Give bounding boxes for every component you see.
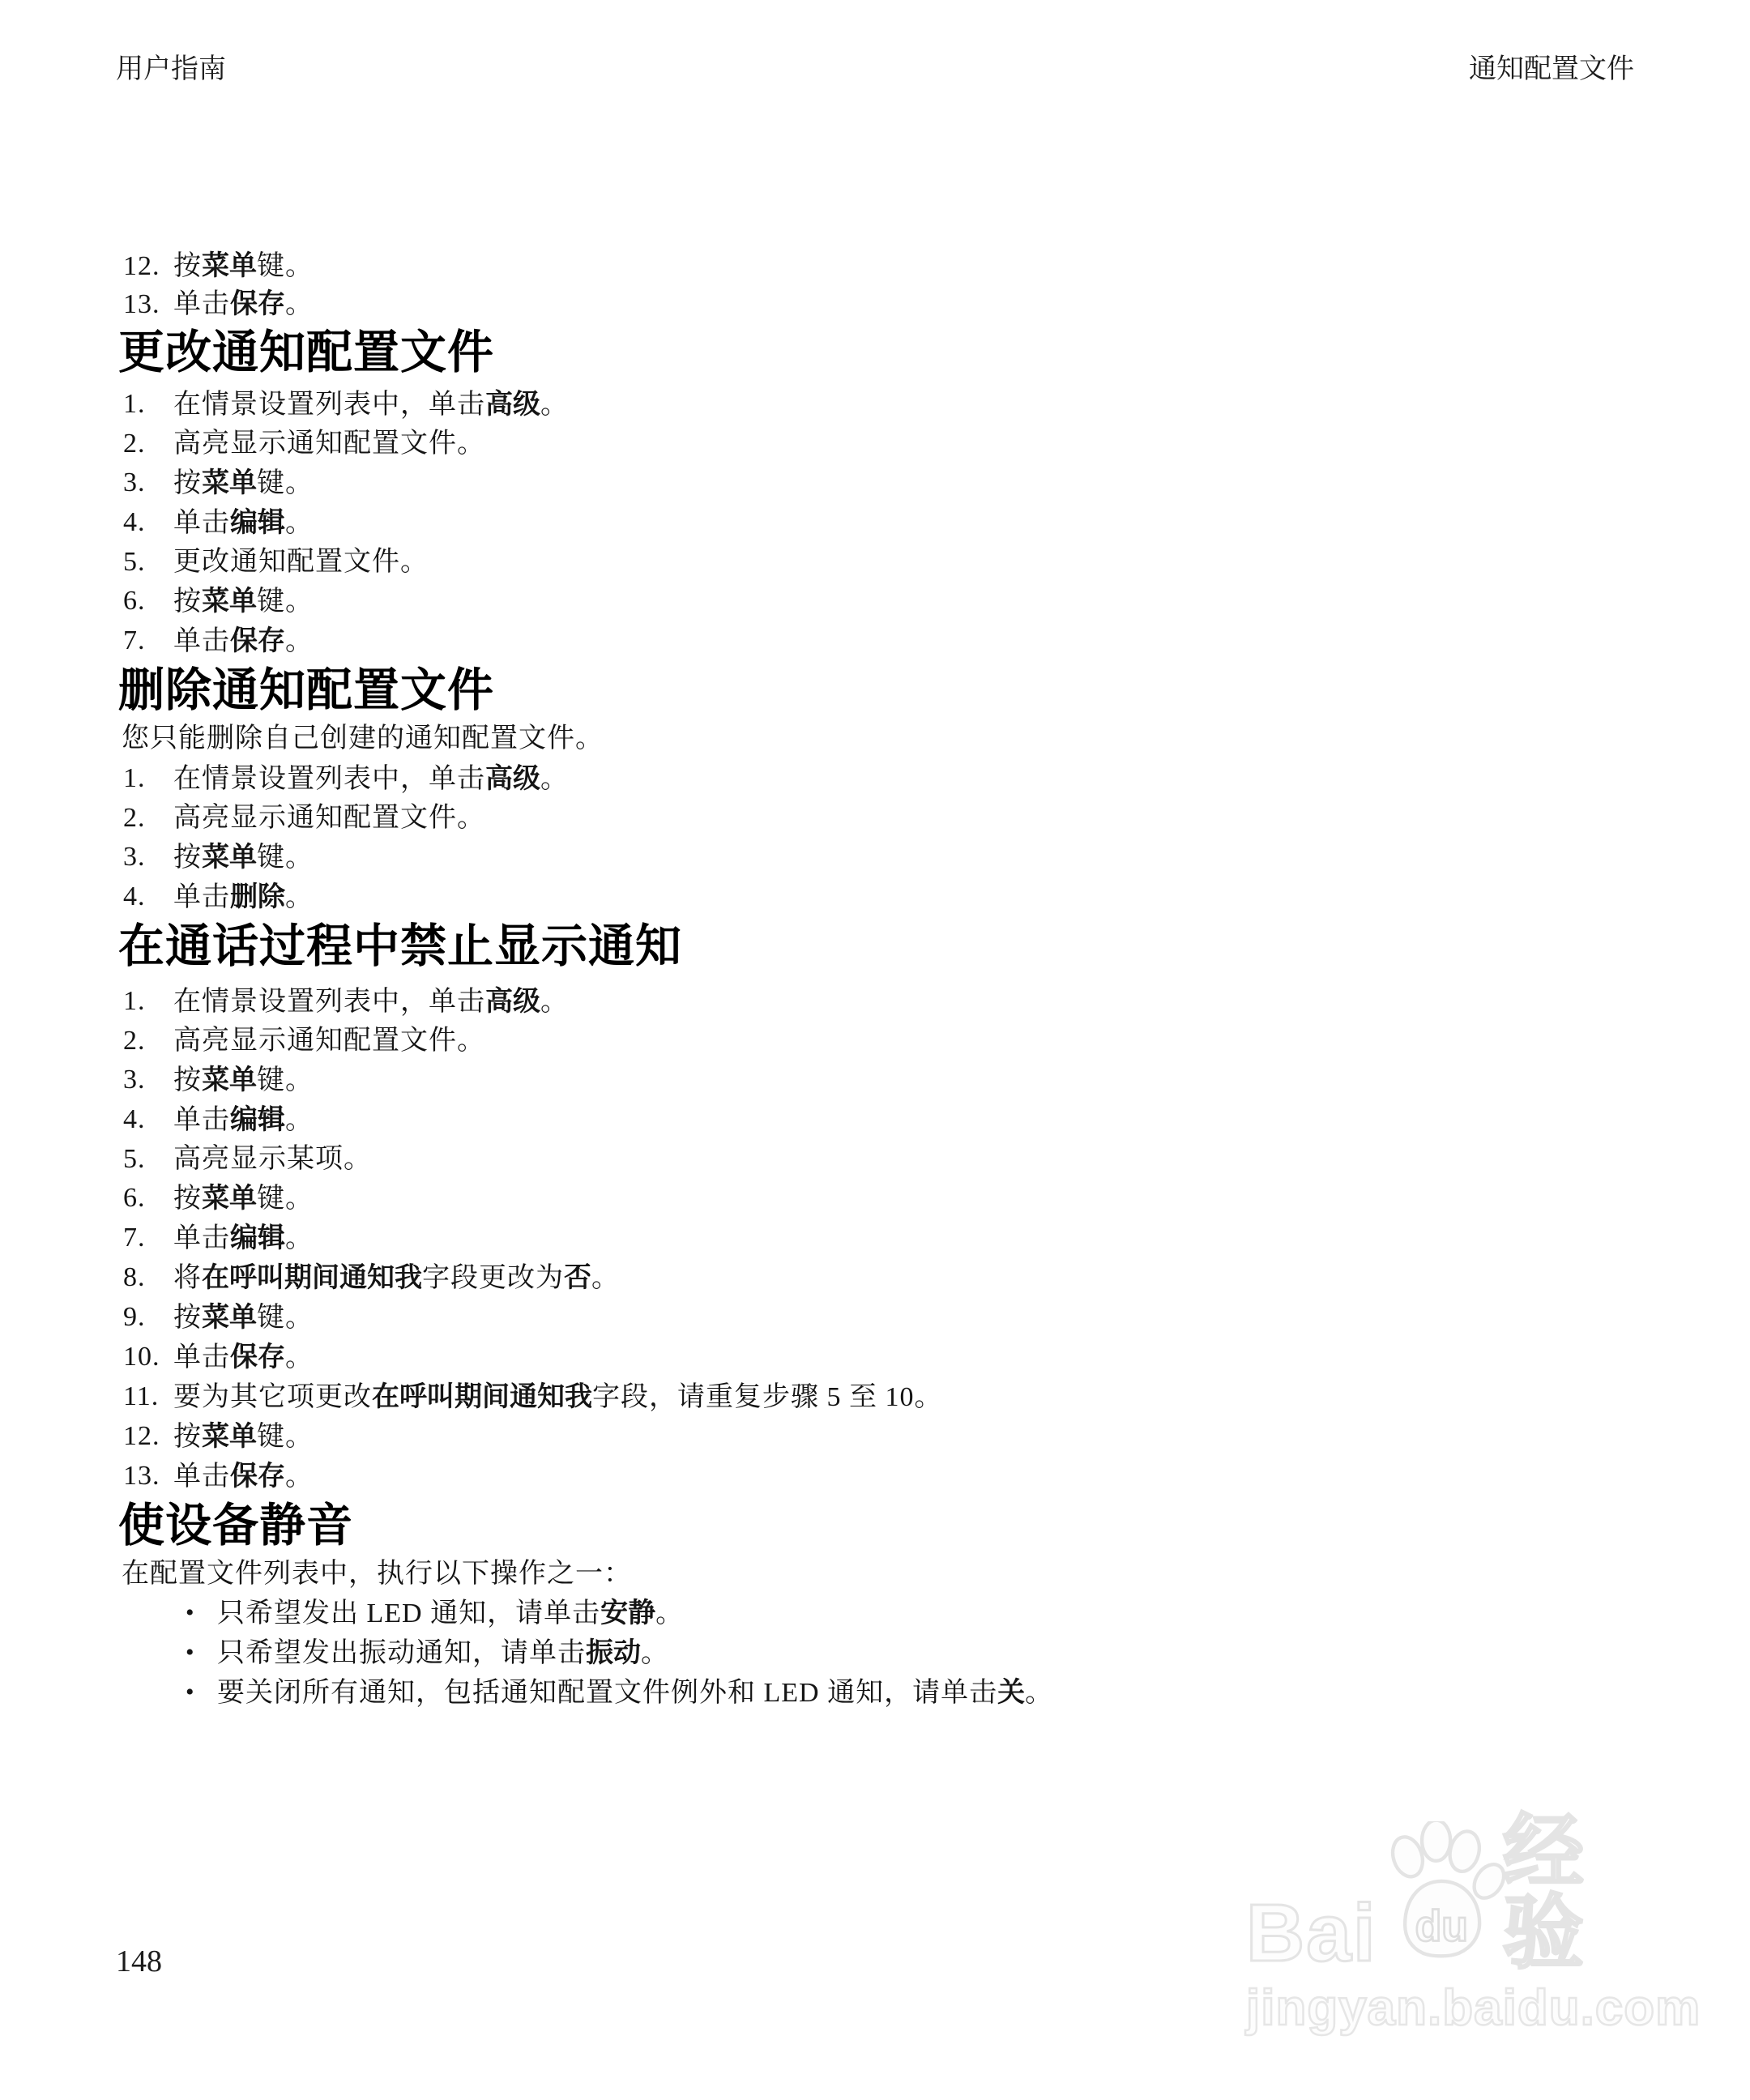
plain-text: 键。 (257, 843, 314, 873)
list-item: 2.高亮显示通知配置文件。 (116, 1022, 1639, 1061)
step-text: 按菜单键。 (173, 1417, 1639, 1457)
step-list-change-profile: 1.在情景设置列表中，单击高级。2.高亮显示通知配置文件。3.按菜单键。4.单击… (116, 385, 1639, 661)
step-number: 6. (116, 1179, 173, 1219)
step-number: 11. (116, 1377, 173, 1417)
heading-change-notification-profile: 更改通知配置文件 (118, 323, 1639, 382)
emphasis-text: 在呼叫期间通知我 (372, 1381, 592, 1412)
plain-text: 单击 (173, 508, 230, 538)
step-number: 4. (116, 503, 173, 543)
emphasis-text: 高级 (485, 986, 540, 1017)
step-text: 单击编辑。 (173, 1100, 1639, 1140)
bullet-list-silence-device: •只希望发出 LED 通知，请单击安静。•只希望发出振动通知，请单击振动。•要关… (116, 1594, 1639, 1713)
step-text: 单击保存。 (173, 1338, 1639, 1377)
emphasis-text: 保存 (230, 1342, 285, 1372)
step-number: 5. (116, 1140, 173, 1179)
emphasis-text: 编辑 (230, 1104, 285, 1135)
plain-text: 要关闭所有通知，包括通知配置文件例外和 LED 通知，请单击 (217, 1678, 997, 1708)
list-item: 9.按菜单键。 (116, 1298, 1639, 1338)
step-text: 高亮显示通知配置文件。 (173, 425, 1639, 463)
step-number: 4. (116, 877, 173, 917)
step-text: 按菜单键。 (173, 1061, 1639, 1100)
emphasis-text: 菜单 (202, 842, 257, 873)
plain-text: 键。 (257, 1065, 314, 1095)
step-number: 3. (116, 838, 173, 877)
plain-text: 键。 (257, 587, 314, 617)
watermark-bai-text: Bai (1246, 1893, 1377, 1974)
step-number: 13. (116, 285, 173, 323)
watermark-url: jingyan.baidu.com (1246, 1983, 1667, 2034)
plain-text: 在情景设置列表中，单击 (173, 764, 485, 794)
list-item: 1.在情景设置列表中，单击高级。 (116, 982, 1639, 1022)
continued-step-list: 12.按菜单键。13.单击保存。 (116, 247, 1639, 323)
list-item: 11.要为其它项更改在呼叫期间通知我字段，请重复步骤 5 至 10。 (116, 1377, 1639, 1417)
plain-text: 。 (540, 764, 569, 794)
plain-text: 高亮显示通知配置文件。 (173, 429, 485, 459)
watermark-du-text: du (1415, 1903, 1467, 1951)
list-item: 2.高亮显示通知配置文件。 (116, 799, 1639, 838)
document-page: 用户指南 通知配置文件 12.按菜单键。13.单击保存。 更改通知配置文件 1.… (0, 0, 1750, 2100)
plain-text: 键。 (257, 251, 314, 281)
step-text: 只希望发出 LED 通知，请单击安静。 (217, 1594, 1639, 1633)
list-item: 3.按菜单键。 (116, 838, 1639, 877)
list-item: •只希望发出振动通知，请单击振动。 (116, 1633, 1639, 1673)
step-text: 按菜单键。 (173, 463, 1639, 503)
step-text: 高亮显示通知配置文件。 (173, 799, 1639, 838)
step-text: 要为其它项更改在呼叫期间通知我字段，请重复步骤 5 至 10。 (173, 1377, 1639, 1417)
step-number: 9. (116, 1298, 173, 1338)
step-number: 7. (116, 621, 173, 661)
plain-text: 字段，请重复步骤 5 至 10。 (592, 1382, 943, 1412)
step-text: 在情景设置列表中，单击高级。 (173, 385, 1639, 425)
plain-text: 。 (285, 1223, 314, 1253)
step-text: 只希望发出振动通知，请单击振动。 (217, 1633, 1639, 1673)
emphasis-text: 菜单 (202, 250, 257, 281)
emphasis-text: 菜单 (202, 1302, 257, 1333)
step-text: 按菜单键。 (173, 582, 1639, 621)
bullet-marker: • (116, 1633, 217, 1673)
step-number: 6. (116, 582, 173, 621)
emphasis-text: 高级 (485, 389, 540, 420)
emphasis-text: 安静 (600, 1598, 655, 1628)
plain-text: 按 (173, 251, 202, 281)
list-item: •只希望发出 LED 通知，请单击安静。 (116, 1594, 1639, 1633)
step-number: 7. (116, 1219, 173, 1258)
plain-text: 按 (173, 1303, 202, 1333)
step-number: 1. (116, 982, 173, 1022)
plain-text: 。 (540, 390, 569, 420)
plain-text: 键。 (257, 1184, 314, 1214)
step-number: 12. (116, 247, 173, 285)
plain-text: 只希望发出振动通知，请单击 (217, 1638, 586, 1668)
step-number: 1. (116, 385, 173, 425)
step-number: 8. (116, 1258, 173, 1298)
list-item: 10.单击保存。 (116, 1338, 1639, 1377)
list-item: 3.按菜单键。 (116, 1061, 1639, 1100)
step-number: 2. (116, 425, 173, 463)
step-text: 在情景设置列表中，单击高级。 (173, 982, 1639, 1022)
step-text: 将在呼叫期间通知我字段更改为否。 (173, 1258, 1639, 1298)
list-item: 1.在情景设置列表中，单击高级。 (116, 759, 1639, 799)
plain-text: 单击 (173, 882, 230, 912)
list-item: 3.按菜单键。 (116, 463, 1639, 503)
step-number: 2. (116, 1022, 173, 1061)
emphasis-text: 保存 (230, 1461, 285, 1492)
step-text: 单击编辑。 (173, 1219, 1639, 1258)
step-number: 2. (116, 799, 173, 838)
baidu-jingyan-watermark: Bai du 经验 jingyan.baidu.com (1246, 1839, 1667, 2034)
list-item: 5.高亮显示某项。 (116, 1140, 1639, 1179)
step-number: 1. (116, 759, 173, 799)
step-text: 单击编辑。 (173, 503, 1639, 543)
list-item: 12.按菜单键。 (116, 1417, 1639, 1457)
list-item: 2.高亮显示通知配置文件。 (116, 425, 1639, 463)
plain-text: 单击 (173, 1462, 230, 1492)
list-item: 12.按菜单键。 (116, 247, 1639, 285)
plain-text: 要为其它项更改 (173, 1382, 372, 1412)
emphasis-text: 菜单 (202, 1421, 257, 1452)
plain-text: 。 (285, 626, 314, 656)
step-text: 高亮显示通知配置文件。 (173, 1022, 1639, 1061)
plain-text: 单击 (173, 626, 230, 656)
step-list-suppress-notifications: 1.在情景设置列表中，单击高级。2.高亮显示通知配置文件。3.按菜单键。4.单击… (116, 982, 1639, 1496)
emphasis-text: 编辑 (230, 1223, 285, 1253)
step-number: 4. (116, 1100, 173, 1140)
header-left-title: 用户指南 (116, 50, 226, 89)
plain-text: 。 (1025, 1678, 1053, 1708)
header-right-title: 通知配置文件 (1469, 50, 1634, 89)
list-item: 7.单击编辑。 (116, 1219, 1639, 1258)
silence-device-intro: 在配置文件列表中，执行以下操作之一： (122, 1555, 1639, 1593)
step-text: 单击删除。 (173, 877, 1639, 917)
list-item: 7.单击保存。 (116, 621, 1639, 661)
baidu-paw-icon: du (1372, 1821, 1508, 1974)
list-item: 4.单击编辑。 (116, 503, 1639, 543)
list-item: 13.单击保存。 (116, 285, 1639, 323)
plain-text: 高亮显示某项。 (173, 1144, 372, 1174)
emphasis-text: 否 (564, 1262, 591, 1293)
plain-text: 按 (173, 1184, 202, 1214)
step-text: 单击保存。 (173, 285, 1639, 323)
heading-suppress-notifications-during-calls: 在通话过程中禁止显示通知 (118, 917, 1639, 975)
plain-text: 将 (173, 1263, 202, 1293)
step-text: 单击保存。 (173, 621, 1639, 661)
step-text: 要关闭所有通知，包括通知配置文件例外和 LED 通知，请单击关。 (217, 1673, 1639, 1713)
list-item: 13.单击保存。 (116, 1457, 1639, 1496)
list-item: 6.按菜单键。 (116, 582, 1639, 621)
plain-text: 高亮显示通知配置文件。 (173, 803, 485, 833)
plain-text: 。 (285, 1105, 314, 1135)
step-number: 10. (116, 1338, 173, 1377)
plain-text: 按 (173, 843, 202, 873)
plain-text: 只希望发出 LED 通知，请单击 (217, 1598, 600, 1628)
plain-text: 按 (173, 468, 202, 498)
emphasis-text: 保存 (230, 625, 285, 656)
emphasis-text: 高级 (485, 763, 540, 794)
watermark-logo-row: Bai du 经验 (1246, 1839, 1667, 1974)
delete-profile-note: 您只能删除自己创建的通知配置文件。 (122, 719, 1639, 758)
heading-delete-notification-profile: 删除通知配置文件 (118, 661, 1639, 719)
plain-text: 按 (173, 1065, 202, 1095)
page-content: 12.按菜单键。13.单击保存。 更改通知配置文件 1.在情景设置列表中，单击高… (116, 244, 1639, 1713)
emphasis-text: 菜单 (202, 1183, 257, 1214)
plain-text: 单击 (173, 1105, 230, 1135)
step-number: 13. (116, 1457, 173, 1496)
plain-text: 在情景设置列表中，单击 (173, 390, 485, 420)
plain-text: 字段更改为 (422, 1263, 564, 1293)
plain-text: 按 (173, 587, 202, 617)
list-item: 5.更改通知配置文件。 (116, 543, 1639, 582)
emphasis-text: 删除 (230, 881, 285, 912)
emphasis-text: 关 (997, 1677, 1025, 1708)
plain-text: 。 (655, 1598, 684, 1628)
list-item: •要关闭所有通知，包括通知配置文件例外和 LED 通知，请单击关。 (116, 1673, 1639, 1713)
emphasis-text: 编辑 (230, 507, 285, 538)
emphasis-text: 菜单 (202, 1065, 257, 1095)
step-number: 3. (116, 463, 173, 503)
heading-silence-device: 使设备静音 (118, 1496, 1639, 1555)
plain-text: 单击 (173, 1223, 230, 1253)
plain-text: 在情景设置列表中，单击 (173, 987, 485, 1017)
plain-text: 。 (285, 1462, 314, 1492)
bullet-marker: • (116, 1673, 217, 1713)
list-item: 1.在情景设置列表中，单击高级。 (116, 385, 1639, 425)
plain-text: 。 (285, 1342, 314, 1372)
emphasis-text: 菜单 (202, 467, 257, 498)
step-text: 在情景设置列表中，单击高级。 (173, 759, 1639, 799)
emphasis-text: 保存 (230, 288, 285, 319)
plain-text: 。 (285, 289, 314, 319)
step-text: 按菜单键。 (173, 838, 1639, 877)
plain-text: 。 (540, 987, 569, 1017)
list-item: 4.单击编辑。 (116, 1100, 1639, 1140)
list-item: 4.单击删除。 (116, 877, 1639, 917)
bullet-marker: • (116, 1594, 217, 1633)
step-text: 单击保存。 (173, 1457, 1639, 1496)
watermark-jingyan-text: 经验 (1503, 1812, 1667, 1974)
emphasis-text: 在呼叫期间通知我 (202, 1262, 422, 1293)
plain-text: 更改通知配置文件。 (173, 547, 429, 577)
emphasis-text: 振动 (586, 1637, 641, 1668)
step-text: 更改通知配置文件。 (173, 543, 1639, 582)
step-text: 按菜单键。 (173, 1179, 1639, 1219)
list-item: 6.按菜单键。 (116, 1179, 1639, 1219)
plain-text: 键。 (257, 468, 314, 498)
plain-text: 键。 (257, 1303, 314, 1333)
step-text: 高亮显示某项。 (173, 1140, 1639, 1179)
step-number: 5. (116, 543, 173, 582)
step-text: 按菜单键。 (173, 1298, 1639, 1338)
page-number: 148 (116, 1943, 162, 1981)
plain-text: 。 (285, 508, 314, 538)
plain-text: 键。 (257, 1422, 314, 1452)
plain-text: 单击 (173, 1342, 230, 1372)
step-number: 3. (116, 1061, 173, 1100)
step-number: 12. (116, 1417, 173, 1457)
plain-text: 按 (173, 1422, 202, 1452)
step-list-delete-profile: 1.在情景设置列表中，单击高级。2.高亮显示通知配置文件。3.按菜单键。4.单击… (116, 759, 1639, 917)
plain-text: 。 (285, 882, 314, 912)
emphasis-text: 菜单 (202, 586, 257, 617)
plain-text: 高亮显示通知配置文件。 (173, 1026, 485, 1056)
list-item: 8.将在呼叫期间通知我字段更改为否。 (116, 1258, 1639, 1298)
page-header: 用户指南 通知配置文件 (116, 50, 1634, 89)
plain-text: 单击 (173, 289, 230, 319)
step-text: 按菜单键。 (173, 247, 1639, 285)
plain-text: 。 (591, 1263, 620, 1293)
plain-text: 。 (641, 1638, 669, 1668)
